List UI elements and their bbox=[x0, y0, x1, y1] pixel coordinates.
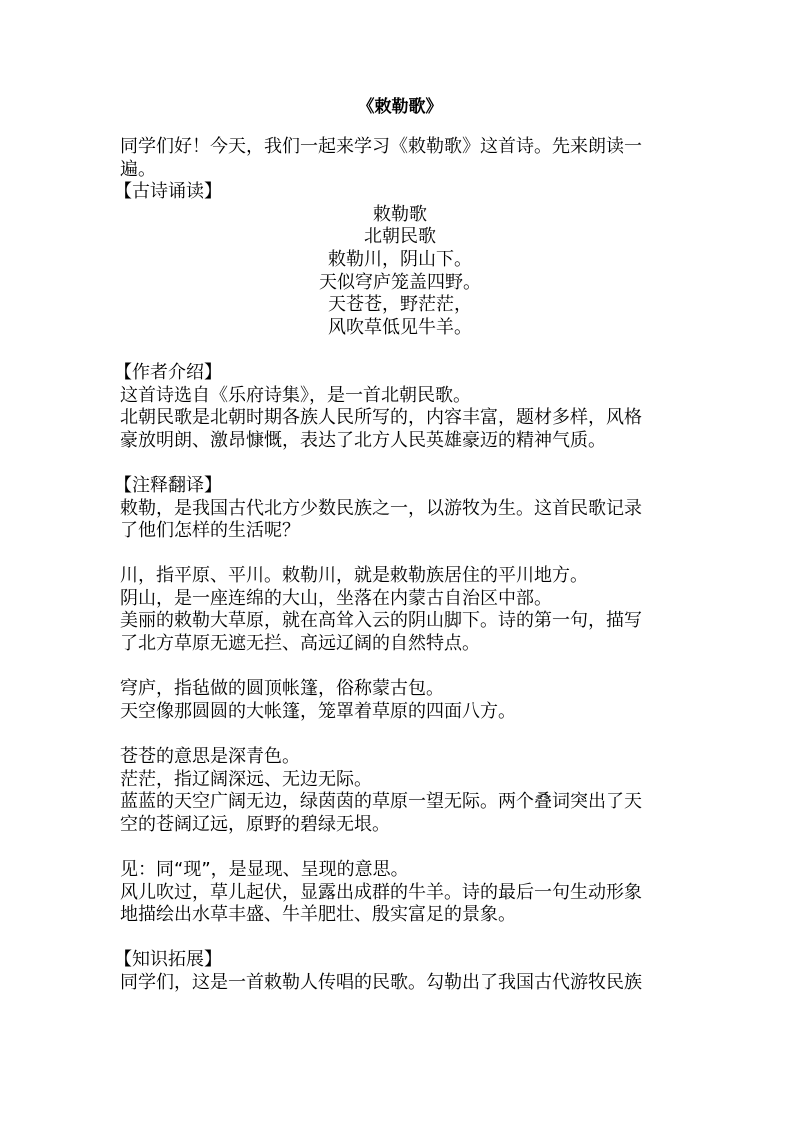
annotation-line: 天空像那圆圆的大帐篷，笼罩着草原的四面八方。 bbox=[120, 701, 680, 724]
annotation-line: 地描绘出水草丰盛、牛羊肥壮、殷实富足的景象。 bbox=[120, 904, 680, 927]
annotation-line: 穹庐，指毡做的圆顶帐篷，俗称蒙古包。 bbox=[120, 678, 680, 701]
intro-line-1: 同学们好！今天，我们一起来学习《敕勒歌》这首诗。先来朗读一 bbox=[120, 136, 680, 159]
document-title: 《敕勒歌》 bbox=[120, 96, 680, 118]
section-header-extension: 【知识拓展】 bbox=[114, 949, 680, 972]
annotation-line: 风儿吹过，草儿起伏，显露出成群的牛羊。诗的最后一句生动形象 bbox=[120, 882, 680, 905]
poem-title: 敕勒歌 bbox=[120, 204, 680, 227]
annotation-line: 空的苍阔辽远，原野的碧绿无垠。 bbox=[120, 814, 680, 837]
spacer bbox=[120, 543, 680, 566]
annotation-line: 见：同“现”，是显现、呈现的意思。 bbox=[120, 859, 680, 882]
annotation-line: 阴山，是一座连绵的大山，坐落在内蒙古自治区中部。 bbox=[120, 588, 680, 611]
spacer bbox=[120, 452, 680, 475]
annotation-line: 蓝蓝的天空广阔无边，绿茵茵的草原一望无际。两个叠词突出了天 bbox=[120, 791, 680, 814]
annotation-line: 敕勒，是我国古代北方少数民族之一，以游牧为生。这首民歌记录 bbox=[120, 498, 680, 521]
poem-author: 北朝民歌 bbox=[120, 226, 680, 249]
intro-line-2: 遍。 bbox=[120, 159, 680, 182]
spacer bbox=[120, 656, 680, 679]
poem-block: 敕勒歌 北朝民歌 敕勒川，阴山下。 天似穹庐笼盖四野。 天苍苍，野茫茫， 风吹草… bbox=[120, 204, 680, 340]
section-header-recitation: 【古诗诵读】 bbox=[114, 181, 680, 204]
poem-line: 天似穹庐笼盖四野。 bbox=[120, 272, 680, 295]
annotation-line: 川，指平原、平川。敕勒川，就是敕勒族居住的平川地方。 bbox=[120, 565, 680, 588]
extension-line: 同学们，这是一首敕勒人传唱的民歌。勾勒出了我国古代游牧民族 bbox=[120, 972, 680, 995]
poem-line: 天苍苍，野茫茫， bbox=[120, 294, 680, 317]
author-line: 北朝民歌是北朝时期各族人民所写的，内容丰富，题材多样，风格 bbox=[120, 407, 680, 430]
section-header-annotation: 【注释翻译】 bbox=[114, 475, 680, 498]
spacer bbox=[120, 927, 680, 950]
author-line: 豪放明朗、激昂慷慨，表达了北方人民英雄豪迈的精神气质。 bbox=[120, 430, 680, 453]
annotation-line: 茫茫，指辽阔深远、无边无际。 bbox=[120, 769, 680, 792]
section-header-author: 【作者介绍】 bbox=[114, 362, 680, 385]
spacer bbox=[120, 339, 680, 362]
annotation-line: 美丽的敕勒大草原，就在高耸入云的阴山脚下。诗的第一句，描写 bbox=[120, 610, 680, 633]
annotation-line: 苍苍的意思是深青色。 bbox=[120, 746, 680, 769]
annotation-line: 了他们怎样的生活呢？ bbox=[120, 520, 680, 543]
poem-line: 风吹草低见牛羊。 bbox=[120, 317, 680, 340]
document-page: 《敕勒歌》 同学们好！今天，我们一起来学习《敕勒歌》这首诗。先来朗读一 遍。 【… bbox=[120, 96, 680, 995]
spacer bbox=[120, 723, 680, 746]
spacer bbox=[120, 836, 680, 859]
poem-line: 敕勒川，阴山下。 bbox=[120, 249, 680, 272]
annotation-line: 了北方草原无遮无拦、高远辽阔的自然特点。 bbox=[120, 633, 680, 656]
author-line: 这首诗选自《乐府诗集》，是一首北朝民歌。 bbox=[120, 385, 680, 408]
